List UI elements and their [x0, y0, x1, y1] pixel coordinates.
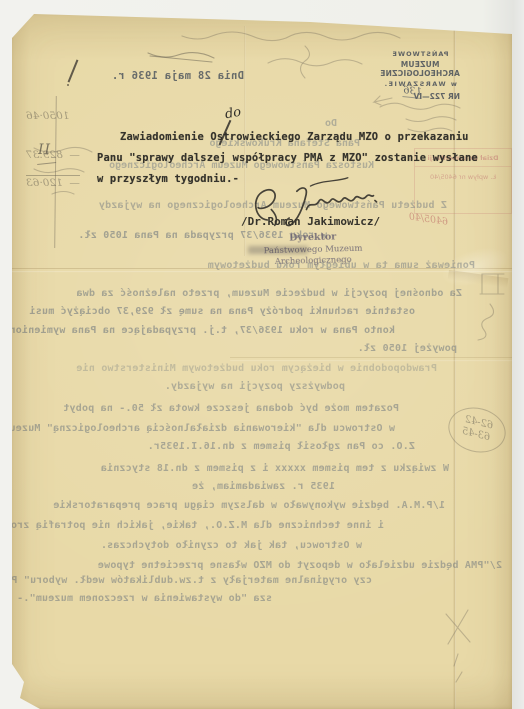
- margin-mark: II: [38, 142, 51, 158]
- ink-insertion-word: do: [224, 105, 243, 123]
- typed-signature-name: /Dr.Roman Jakimowicz/: [241, 215, 380, 228]
- margin-mark-underline: [37, 159, 56, 165]
- signature-flourish: [310, 178, 348, 186]
- signature-stroke: [306, 195, 375, 210]
- front-layer: II Zawiadomienie Ostrowieckiego Zarządu …: [10, 12, 512, 709]
- typed-line-3: w przyszłym tygodniu.-: [97, 173, 239, 185]
- typed-line-2: Panu "sprawy dalszej współpracy PMA z MZ…: [97, 152, 478, 164]
- pencil-check-slash: [68, 60, 79, 83]
- pencil-margin-line: [54, 96, 57, 248]
- pencil-dot: [67, 84, 69, 86]
- stamp-ink-smear: [248, 246, 308, 254]
- typed-line-1: Zawiadomienie Ostrowieckiego Zarządu MZO…: [120, 131, 469, 143]
- signature-period: [375, 200, 377, 202]
- paper-sheet: PAŃSTWOWE MUZEUM ARCHEOLOGICZNE w WARSZA…: [10, 12, 512, 709]
